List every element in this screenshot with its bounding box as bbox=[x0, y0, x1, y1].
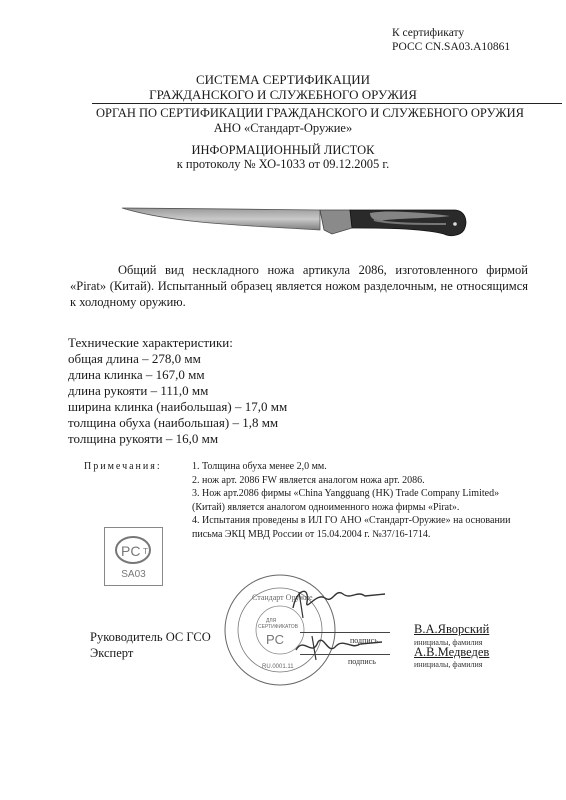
note-item: 3. Нож арт.2086 фирмы «China Yangguang (… bbox=[192, 487, 534, 514]
knife-photo-icon bbox=[120, 190, 470, 240]
header-divider bbox=[92, 103, 562, 104]
note-item: 2. нож арт. 2086 FW является аналогом но… bbox=[192, 474, 534, 488]
specs-heading: Технические характеристики: bbox=[68, 335, 287, 351]
signer-role: Эксперт bbox=[90, 646, 133, 660]
spec-item: длина клинка – 167,0 мм bbox=[68, 367, 287, 383]
technical-specs: Технические характеристики: общая длина … bbox=[68, 335, 287, 447]
signature-director-icon bbox=[285, 578, 395, 623]
protocol-reference: к протоколу № ХО-1033 от 09.12.2005 г. bbox=[0, 157, 566, 172]
signature-caption: подпись bbox=[348, 657, 376, 666]
signer-role: Руководитель ОС ГСО bbox=[90, 630, 211, 644]
spec-item: общая длина – 278,0 мм bbox=[68, 351, 287, 367]
system-title-line2: ГРАЖДАНСКОГО И СЛУЖЕБНОГО ОРУЖИЯ bbox=[0, 87, 566, 103]
svg-text:PC: PC bbox=[121, 543, 140, 559]
signature-row-expert: Эксперт bbox=[90, 644, 133, 662]
system-title-line1: СИСТЕМА СЕРТИФИКАЦИИ bbox=[0, 72, 566, 88]
certificate-ref-label: К сертификату bbox=[392, 26, 510, 40]
signer-name: А.В.Медведев bbox=[414, 645, 489, 660]
svg-text:PC: PC bbox=[266, 632, 284, 647]
certificate-number: РОСС CN.SA03.A10861 bbox=[392, 40, 510, 54]
note-item: 1. Толщина обуха менее 2,0 мм. bbox=[192, 460, 534, 474]
signature-line bbox=[300, 654, 390, 655]
rst-certification-mark-icon: PC T SA03 bbox=[104, 527, 163, 586]
notes-label: Примечания: bbox=[84, 461, 162, 472]
description-text: Общий вид нескладного ножа артикула 2086… bbox=[70, 263, 528, 309]
certificate-reference: К сертификату РОСС CN.SA03.A10861 bbox=[392, 26, 510, 54]
spec-item: ширина клинка (наибольшая) – 17,0 мм bbox=[68, 399, 287, 415]
mark-code: SA03 bbox=[105, 569, 162, 580]
document-title: ИНФОРМАЦИОННЫЙ ЛИСТОК bbox=[0, 143, 566, 158]
spec-item: толщина обуха (наибольшая) – 1,8 мм bbox=[68, 415, 287, 431]
svg-text:T: T bbox=[143, 547, 148, 556]
signer-name-caption: инициалы, фамилия bbox=[414, 660, 482, 669]
svg-text:СЕРТИФИКАТОВ: СЕРТИФИКАТОВ bbox=[258, 624, 299, 630]
organ-title: ОРГАН ПО СЕРТИФИКАЦИИ ГРАЖДАНСКОГО И СЛУ… bbox=[96, 106, 566, 121]
spec-item: толщина рукояти – 16,0 мм bbox=[68, 431, 287, 447]
note-item: 4. Испытания проведены в ИЛ ГО АНО «Стан… bbox=[192, 514, 534, 541]
organ-name: АНО «Стандарт-Оружие» bbox=[0, 121, 566, 136]
spec-item: длина рукояти – 111,0 мм bbox=[68, 383, 287, 399]
knife-description: Общий вид нескладного ножа артикула 2086… bbox=[70, 262, 528, 310]
svg-text:RU.0001.11: RU.0001.11 bbox=[262, 664, 294, 670]
signer-name: В.А.Яворский bbox=[414, 622, 489, 637]
